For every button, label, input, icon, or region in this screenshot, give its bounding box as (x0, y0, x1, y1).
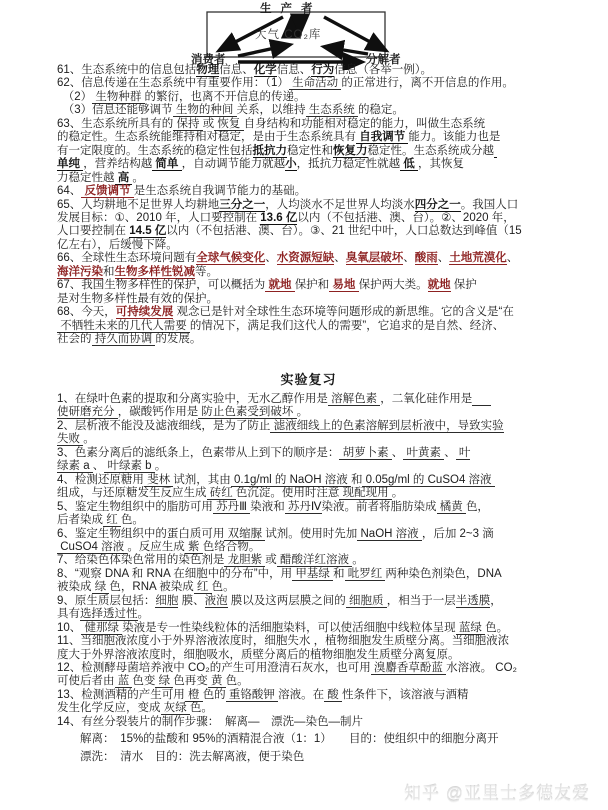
question-text: 10、 (57, 622, 81, 634)
text-line: （3）信息还能够调节 生物的种间 关系，以维持 生态系统 的稳定。 (57, 104, 560, 117)
question-text: ，后加 2~3 滴 (422, 528, 494, 540)
text-line: 失败 。 (57, 433, 560, 446)
answer-blank: 细胞质 (346, 595, 387, 608)
question-text: 发生化学反应，变成 (57, 702, 161, 714)
answer-blank: 单纯 (57, 158, 83, 171)
answer-blank: 胡萝卜素 (339, 447, 391, 460)
answer-blank: 酸 (324, 689, 342, 702)
question-text: 解离： 15%的盐酸和 95%的酒精混合液（1：1） 目的：使组织中的细胞分离开 (57, 733, 499, 745)
text-line: 使研磨充分 ，碳酸钙作用是 防止色素受到破坏 。 (57, 406, 560, 419)
text-line: （2） 生物种群 的繁衍，也离不开信息的传递。 (57, 91, 560, 104)
question-text: 2、层析液不能没及滤液细线，是为了防止 (57, 420, 270, 432)
question-text: ，营养结构越 (83, 158, 152, 170)
answer-blank: 生物的种间 (173, 104, 237, 117)
answer-blank: 使研磨充分 (57, 406, 118, 419)
co2-pool-label: 大气 CO₂库 (255, 26, 321, 42)
question-text: 色再变 (173, 675, 208, 687)
question-text: 、 (265, 252, 277, 264)
question-text: 。 (352, 554, 364, 566)
question-text: 的稳定。 (358, 104, 404, 116)
answer-blank: 土地荒漠化 (449, 252, 507, 265)
text-line: 亿左右），后缓慢下降。 (57, 239, 560, 252)
text-line: 解离： 15%的盐酸和 95%的酒精混合液（1：1） 目的：使组织中的细胞分离开 (57, 733, 560, 746)
answer-blank: 黄 (208, 675, 226, 688)
question-text: 信息（各举一例）。 (334, 64, 432, 76)
question-text: 试剂。使用时先加 (265, 528, 357, 540)
answer-blank: 物理 (196, 64, 219, 77)
question-text: 试剂，其由 (173, 474, 231, 486)
answer-blank: 恢复 (214, 118, 243, 131)
question-text: 的情况下，满足我们这代人的需要”，它追求的是自然、经济、 (190, 320, 504, 332)
question-text: 5、鉴定生物组织中的脂肪可用 (57, 501, 213, 513)
answer-blank: 自我调节 (356, 131, 408, 144)
question-text: 是生态系统自我调节能力的基础。 (134, 185, 307, 197)
question-text: 等。 (195, 266, 218, 278)
question-text: 、 (507, 252, 519, 264)
question-text: 、 (334, 252, 346, 264)
question-text: 。 (138, 608, 150, 620)
text-line: 5、鉴定生物组织中的脂肪可用 苏丹Ⅲ 染液和 苏丹Ⅳ染液。前者将脂肪染成 橘黄 … (57, 501, 560, 514)
answer-blank: 绿 (92, 581, 110, 594)
question-text: 的繁衍，也离不开信息的传递。 (145, 91, 306, 103)
answer-blank: 生物种群 (92, 91, 144, 104)
document-body: 61、生态系统中的信息包括物理信息、化学信息、行为信息（各举一例）。62、信息传… (57, 64, 560, 764)
question-text: 4、检测还原糖用 (57, 474, 144, 486)
question-text: ，自动调节能力就越 (182, 158, 286, 170)
text-line: 社会的 持久而协调 的发展。 (57, 333, 560, 346)
text-line: 62、信息传递在生态系统中有重要作用：（1） 生命活动 的正常进行，离不开信息的… (57, 77, 560, 90)
question-text: 有一定限度的。生态系统的稳定性包括 (57, 145, 253, 157)
question-text: 信息、 (277, 64, 312, 76)
question-text: 社会的 (57, 333, 92, 345)
question-text: 以内（不包括港、澳、台）。③、21 世纪中叶，人口总数达到峰值（15 (166, 225, 521, 237)
question-text: 染液。前者将脂肪染成 (322, 501, 437, 513)
text-line: 64、 反馈调节 是生态系统自我调节能力的基础。 (57, 185, 560, 198)
text-line: 65、人均耕地不足世界人均耕地三分之一，人均淡水不足世界人均淡水四分之一。我国人… (57, 199, 560, 212)
answer-blank: 生物多样性锐减 (115, 266, 196, 279)
question-text: 3、色素分离后的滤纸条上，色素带从上到下的顺序是： (57, 447, 339, 459)
question-text: 关系，以维持 (237, 104, 306, 116)
answer-blank: 吡罗红 (345, 568, 386, 581)
text-line: 63、生态系统所具有的 保持 或 恢复 自身结构和功能相对稳定的能力，叫做生态系… (57, 118, 560, 131)
question-text: 、 (438, 252, 450, 264)
question-text: 性条件下，该溶液与酒精 (342, 689, 469, 701)
text-line: 8、“观察 DNA 和 RNA 在细胞中的分布”中，用 甲基绿 和 吡罗红 两种… (57, 568, 560, 581)
question-text: 。 (132, 172, 144, 184)
question-text: 的稳定性。生态系统能维持相对稳定，是由于生态系统具有 (57, 131, 356, 143)
answer-blank: 红 (103, 514, 121, 527)
answer-blank: 绿素 a (57, 460, 93, 473)
answer-blank: 持久而协调 (92, 333, 156, 346)
text-line: 4、检测还原糖用 斐林 试剂，其由 0.1g/ml 的 NaOH 溶液 和 0.… (57, 474, 560, 487)
question-text: 色。 (190, 702, 213, 714)
text-line: 12、检测酵母菌培养液中 CO₂的产生可用澄清石灰水，也可用 溴麝香草酚蓝 水溶… (57, 662, 560, 675)
answer-blank: 恢复力 (333, 145, 368, 158)
question-text: 色络合物。 (203, 541, 261, 553)
question-text: 膜以及这两层膜之间的 (228, 595, 346, 607)
question-text: 、 (403, 252, 415, 264)
answer-blank: 溶解色素 (328, 393, 380, 406)
question-text: 。 (392, 487, 404, 499)
answer-blank: 14.5 亿 (129, 225, 166, 238)
text-line: 是对生物多样性最有效的保护。 (57, 293, 560, 306)
text-line: 14、有丝分裂装片的制作步骤： 解离— 漂洗—染色—制片 (57, 716, 560, 729)
question-text: 溶液。在 (278, 689, 324, 701)
question-text: （3）信息还能够调节 (57, 104, 173, 116)
question-text: 。 (83, 433, 95, 445)
answer-blank: 斐林 (144, 474, 173, 487)
question-text: 1、在绿叶色素的提取和分离实验中，无水乙醇作用是 (57, 393, 328, 405)
question-text: ，抵抗力稳定性就越 (297, 158, 401, 170)
question-text: ，人均淡水不足世界人均淡水 (265, 199, 415, 211)
text-line: 13、检测酒精的产生可用 橙 色的 重铬酸钾 溶液。在 酸 性条件下，该溶液与酒… (57, 689, 560, 702)
question-text: 。我国人口 (461, 199, 519, 211)
question-text: 色， (466, 501, 489, 513)
answer-blank: 就地 (265, 279, 294, 292)
ecosystem-diagram: 生产者 大气 CO₂库 消费者 分解者 (0, 0, 608, 70)
answer-blank: 简单 (152, 158, 181, 171)
answer-blank: 失败 (57, 433, 83, 446)
question-text: 以内（不包括港、澳、台）。②、2020 年， (297, 212, 514, 224)
ecology-review-section: 61、生态系统中的信息包括物理信息、化学信息、行为信息（各举一例）。62、信息传… (57, 64, 560, 347)
answer-blank: 0.1g/ml 的 NaOH 溶液 (231, 474, 351, 487)
question-text: ，相当于一层 (387, 595, 456, 607)
question-text: 自身结构和功能相对稳定的能力，叫做生态系统 (244, 118, 486, 130)
question-text: 色沉淀。使用时注意 (236, 487, 340, 499)
answer-blank: 溴麝香草酚蓝 (371, 662, 446, 675)
text-line: CuSO4 溶液 。反应生成 紫 色络合物。 (57, 541, 560, 554)
question-text: 66、全球性生态环境问题有 (57, 252, 196, 264)
question-text: 信息、 (219, 64, 254, 76)
text-line: 海洋污染和生物多样性锐减等。 (57, 266, 560, 279)
answer-blank: 现配现用 (339, 487, 391, 500)
answer-blank: 海洋污染 (57, 266, 103, 279)
question-text: ， (490, 595, 502, 607)
question-text: 人口要控制在 (57, 225, 129, 237)
question-text: 6、鉴定生物组织中的蛋白质可用 (57, 528, 224, 540)
question-text: ，其恢复 (418, 158, 464, 170)
text-line: 发生化学反应，变成 灰绿 色。 (57, 702, 560, 715)
text-line: 7、给染色体染色常用的染色剂是 龙胆紫 或 醋酸洋红溶液 。 (57, 554, 560, 567)
question-text: 的发展。 (155, 333, 201, 345)
question-text: 9、原生质层包括： (57, 595, 155, 607)
text-line: 67、我国生物多样性的保护，可以概括为 就地 保护和 易地 保护两大类。就地 保… (57, 279, 560, 292)
question-text: 、 (392, 447, 404, 459)
answer-blank: 保持 (173, 118, 202, 131)
answer-blank: 就地 (428, 279, 451, 292)
question-text: 色变 (132, 675, 155, 687)
question-text: 染液和 (250, 501, 285, 513)
question-text: 和 (333, 568, 345, 580)
question-text: 。 (297, 406, 309, 418)
question-text: 被染成 (57, 581, 92, 593)
text-line: 漂洗： 清水 目的：洗去解离液，便于染色 (57, 751, 560, 764)
question-text: 62、信息传递在生态系统中有重要作用：（1） (57, 77, 289, 89)
answer-blank: 液泡 (205, 595, 228, 608)
answer-blank: 叶绿素 b (104, 460, 154, 473)
question-text: 色。 (121, 514, 144, 526)
document-page: { "watermark": "知乎 @亚里士多德友爱", "diagram":… (0, 0, 608, 810)
text-line: 组成，与还原糖发生反应生成 砖红 色沉淀。使用时注意 现配现用 。 (57, 487, 560, 500)
answer-blank: 绿 (155, 675, 173, 688)
question-text: 两种染色剂染色，DNA (385, 568, 501, 580)
question-text: 色的 (203, 689, 226, 701)
question-text: （2） (57, 91, 92, 103)
text-line: 度大于外界溶液浓度时，细胞吸水，质壁分离后的植物细胞发生质壁分离复原。 (57, 649, 560, 662)
question-text: 可使后者由 (57, 675, 115, 687)
question-text: 亿左右），后缓慢下降。 (57, 239, 178, 251)
question-text: ，碳酸钙作用是 (118, 406, 199, 418)
answer-blank: 灰绿 (161, 702, 190, 715)
answer-blank: 蓝 (115, 675, 133, 688)
text-line: 2、层析液不能没及滤液细线，是为了防止 滤液细线上的色素溶解到层析液中，导致实验 (57, 420, 560, 433)
text-line: 具有选择透过性。 (57, 608, 560, 621)
question-text: 。 (155, 460, 167, 472)
question-text: 观念已是针对全球性生态环境等问题形成的新思维。它的含义是“在 (173, 306, 514, 318)
question-text: 后者染成 (57, 514, 103, 526)
question-text: 保护 (451, 279, 477, 291)
answer-blank: 甲基绿 (292, 568, 333, 581)
answer-blank: 选择透过性 (80, 608, 138, 621)
question-text: 的正常进行，离不开信息的作用。 (341, 77, 514, 89)
answer-blank: 半透膜 (456, 595, 491, 608)
question-text: 具有 (57, 608, 80, 620)
question-text: 能力。该能力也是 (408, 131, 500, 143)
answer-blank: 全球气候变化 (196, 252, 265, 265)
answer-blank: NaOH 溶液 (357, 528, 422, 541)
answer-blank: 双缩脲 (224, 528, 265, 541)
answer-blank: 龙胆紫 (224, 554, 265, 567)
answer-blank: 醋酸洋红溶液 (277, 554, 352, 567)
answer-blank (494, 145, 497, 158)
question-text: 稳定性和 (287, 145, 333, 157)
text-line: 发展目标：①、2010 年，人口要控制在 13.6 亿以内（不包括港、澳、台）。… (57, 212, 560, 225)
question-text: 68、今天， (57, 306, 116, 318)
question-text: 色。 (226, 675, 249, 687)
question-text: 61、生态系统中的信息包括 (57, 64, 196, 76)
answer-blank: 小 (285, 158, 297, 171)
question-text: 11、当细胞液浓度小于外界溶液浓度时，细胞失水 ，植物细胞发生质壁分离。当细胞液… (57, 635, 509, 647)
answer-blank: 化学 (254, 64, 277, 77)
answer-blank: 苏丹Ⅳ (285, 501, 322, 514)
answer-blank: 不牺牲未来的几代人需要 (57, 320, 190, 333)
answer-blank: 苏丹Ⅲ (213, 501, 250, 514)
question-text: 13、检测酒精的产生可用 (57, 689, 185, 701)
answer-blank: 蓝绿 (456, 622, 485, 635)
question-text: 色。 (485, 622, 508, 634)
answer-blank: 叶 (456, 447, 471, 460)
question-text: 。反应生成 (127, 541, 185, 553)
text-line: 力稳定性越 高 。 (57, 172, 560, 185)
answer-blank: 生命活动 (289, 77, 341, 90)
answer-blank: 防止色素受到破坏 (198, 406, 296, 419)
text-line: 绿素 a 、 叶绿素 b 。 (57, 460, 560, 473)
answer-blank: 重铬酸钾 (226, 689, 278, 702)
answer-blank: 高 (115, 172, 133, 185)
answer-blank: 酸雨 (415, 252, 438, 265)
text-line: 68、今天，可持续发展 观念已是针对全球性生态环境等问题形成的新思维。它的含义是… (57, 306, 560, 319)
question-text: 65、人均耕地不足世界人均耕地 (57, 199, 219, 211)
answer-blank: CuSO4 溶液 (57, 541, 127, 554)
answer-blank: 13.6 亿 (260, 212, 297, 225)
producer-label: 生产者 (260, 0, 322, 16)
question-text: 组成，与还原糖发生反应生成 (57, 487, 207, 499)
answer-blank: 红 (194, 581, 212, 594)
answer-blank: 紫 (185, 541, 203, 554)
text-line: 人口要控制在 14.5 亿以内（不包括港、澳、台）。③、21 世纪中叶，人口总数… (57, 225, 560, 238)
answer-blank: 叶黄素 (403, 447, 444, 460)
answer-blank: 健那绿 (81, 622, 122, 635)
question-text: 水溶液。 CO₂ (446, 662, 517, 674)
answer-blank: 行为 (311, 64, 334, 77)
question-text: 稳定性。生态系统成分越 (368, 145, 495, 157)
question-text: 漂洗： 清水 目的：洗去解离液，便于染色 (57, 751, 304, 763)
text-line: 的稳定性。生态系统能维持相对稳定，是由于生态系统具有 自我调节 能力。该能力也是 (57, 131, 560, 144)
text-line: 可使后者由 蓝 色变 绿 色再变 黄 色。 (57, 675, 560, 688)
question-text: 力稳定性越 (57, 172, 115, 184)
answer-blank: 臭氧层破坏 (346, 252, 404, 265)
answer-blank: 抵抗力 (253, 145, 288, 158)
question-text: 8、“观察 DNA 和 RNA 在细胞中的分布”中，用 (57, 568, 292, 580)
answer-blank: 水资源短缺 (277, 252, 335, 265)
text-line: 66、全球性生态环境问题有全球气候变化、水资源短缺、臭氧层破坏、酸雨、土地荒漠化… (57, 252, 560, 265)
question-text: 和 (103, 266, 115, 278)
question-text: 64、 (57, 185, 81, 197)
text-line: 不牺牲未来的几代人需要 的情况下，满足我们这代人的需要”，它追求的是自然、经济、 (57, 320, 560, 333)
question-text: 或 (265, 554, 277, 566)
question-text: ，二氧化硅作用是 (380, 393, 472, 405)
question-text: 度大于外界溶液浓度时，细胞吸水，质壁分离后的植物细胞发生质壁分离复原。 (57, 649, 460, 661)
text-line: 9、原生质层包括：细胞 膜、液泡 膜以及这两层膜之间的 细胞质 ，相当于一层半透… (57, 595, 560, 608)
question-text: 保护和 (295, 279, 330, 291)
answer-blank: 低 (400, 158, 418, 171)
text-line: 3、色素分离后的滤纸条上，色素带从上到下的顺序是： 胡萝卜素 、 叶黄素 、 叶 (57, 447, 560, 460)
answer-blank: 易地 (329, 279, 358, 292)
text-line: 单纯 ，营养结构越 简单 ，自动调节能力就越小，抵抗力稳定性就越 低 ，其恢复 (57, 158, 560, 171)
answer-blank: 四分之一 (415, 199, 461, 212)
question-text: 或 (203, 118, 215, 130)
text-line: 61、生态系统中的信息包括物理信息、化学信息、行为信息（各举一例）。 (57, 64, 560, 77)
answer-blank: 反馈调节 (81, 185, 133, 198)
question-text: 色，RNA 被染成 (109, 581, 193, 593)
question-text: 、 (93, 460, 105, 472)
experiment-review-section: 1、在绿叶色素的提取和分离实验中，无水乙醇作用是 溶解色素 ，二氧化硅作用是 使… (57, 393, 560, 764)
answer-blank: 细胞 (155, 595, 178, 608)
answer-blank: 橘黄 (437, 501, 466, 514)
text-line: 被染成 绿 色，RNA 被染成 红 色。 (57, 581, 560, 594)
text-line: 6、鉴定生物组织中的蛋白质可用 双缩脲 试剂。使用时先加 NaOH 溶液 ，后加… (57, 528, 560, 541)
answer-blank: 0.05g/ml 的 CuSO4 溶液 (362, 474, 494, 487)
text-line: 10、 健那绿 染液是专一性染线粒体的活细胞染料，可以使活细胞中线粒体呈现 蓝绿… (57, 622, 560, 635)
question-text: 色。 (212, 581, 235, 593)
question-text: 是对生物多样性最有效的保护。 (57, 293, 218, 305)
answer-blank (472, 393, 491, 406)
text-line: 有一定限度的。生态系统的稳定性包括抵抗力稳定性和恢复力稳定性。生态系统成分越 (57, 145, 560, 158)
question-text: 14、有丝分裂装片的制作步骤： 解离— 漂洗—染色—制片 (57, 716, 363, 728)
zhihu-watermark: 知乎 @亚里士多德友爱 (404, 779, 590, 804)
question-text: 63、生态系统所具有的 (57, 118, 173, 130)
answer-blank: 三分之一 (219, 199, 265, 212)
answer-blank: 滤液细线上的色素溶解到层析液中，导致实验 (270, 420, 503, 433)
answer-blank: 可持续发展 (116, 306, 174, 319)
question-text: 发展目标：①、2010 年，人口要控制在 (57, 212, 260, 224)
text-line: 11、当细胞液浓度小于外界溶液浓度时，细胞失水 ，植物细胞发生质壁分离。当细胞液… (57, 635, 560, 648)
question-text: 膜、 (178, 595, 204, 607)
question-text: 67、我国生物多样性的保护，可以概括为 (57, 279, 265, 291)
question-text: 12、检测酵母菌培养液中 CO₂的产生可用澄清石灰水，也可用 (57, 662, 371, 674)
question-text: 保护两大类。 (359, 279, 428, 291)
answer-blank: 生态系统 (306, 104, 358, 117)
experiment-review-heading: 实验复习 (57, 373, 560, 386)
answer-blank: 砖红 (207, 487, 236, 500)
question-text: 7、给染色体染色常用的染色剂是 (57, 554, 224, 566)
question-text: 、 (444, 447, 456, 459)
answer-blank: 橙 (185, 689, 203, 702)
question-text: 和 (351, 474, 363, 486)
text-line: 后者染成 红 色。 (57, 514, 560, 527)
question-text: 染液是专一性染线粒体的活细胞染料，可以使活细胞中线粒体呈现 (122, 622, 456, 634)
text-line: 1、在绿叶色素的提取和分离实验中，无水乙醇作用是 溶解色素 ，二氧化硅作用是 (57, 393, 560, 406)
